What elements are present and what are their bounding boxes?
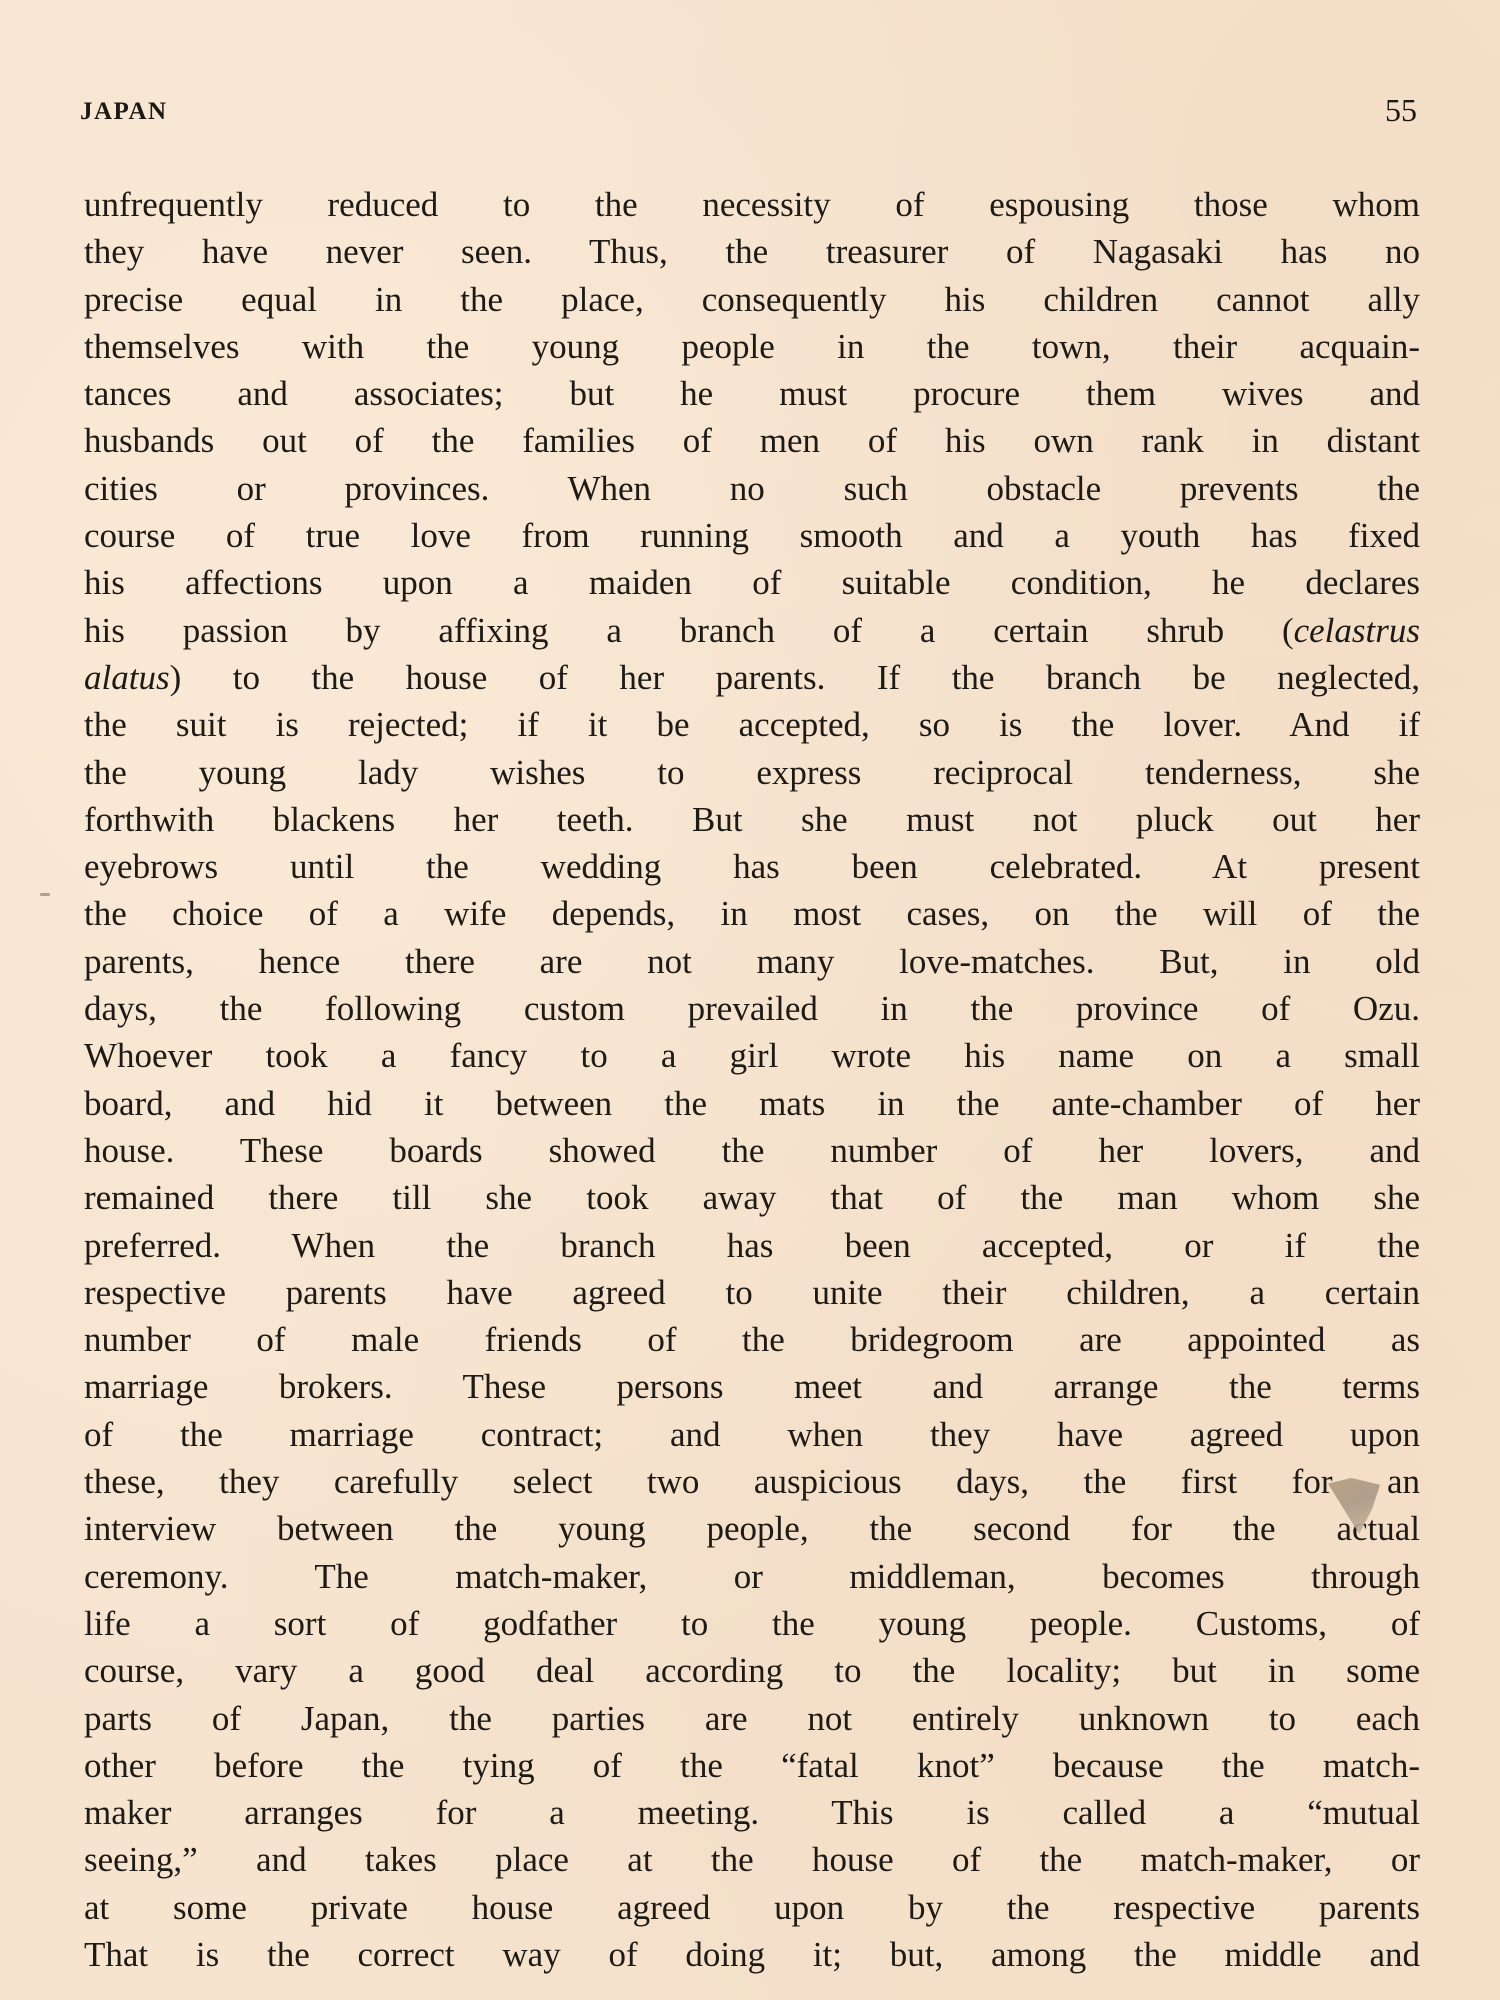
text-line: course of true love from running smooth … [84, 512, 1420, 559]
text-line: preferred. When the branch has been acce… [84, 1222, 1420, 1269]
text-line: parts of Japan, the parties are not enti… [84, 1695, 1420, 1742]
text-line-with-italic: alatus) to the house of her parents. If … [84, 654, 1420, 701]
text-line: respective parents have agreed to unite … [84, 1269, 1420, 1316]
text-line: eyebrows until the wedding has been cele… [84, 843, 1420, 890]
text-line-with-italic: his passion by affixing a branch of a ce… [84, 607, 1420, 654]
text-line: course, vary a good deal according to th… [84, 1647, 1420, 1694]
chapter-title: JAPAN [80, 98, 168, 126]
text-line: forthwith blackens her teeth. But she mu… [84, 796, 1420, 843]
text-line: husbands out of the families of men of h… [84, 417, 1420, 464]
text-line: number of male friends of the bridegroom… [84, 1316, 1420, 1363]
text-line: unfrequently reduced to the necessity of… [84, 181, 1420, 228]
text-line: That is the correct way of doing it; but… [84, 1931, 1420, 1978]
running-header: JAPAN 55 [80, 96, 1420, 130]
text-line: life a sort of godfather to the young pe… [84, 1600, 1420, 1647]
margin-blemish [40, 893, 50, 896]
text-line: the young lady wishes to express recipro… [84, 749, 1420, 796]
text-line: these, they carefully select two auspici… [84, 1458, 1420, 1505]
text-line: maker arranges for a meeting. This is ca… [84, 1789, 1420, 1836]
text-line: house. These boards showed the number of… [84, 1127, 1420, 1174]
text-line: seeing,” and takes place at the house of… [84, 1836, 1420, 1883]
text-line: days, the following custom prevailed in … [84, 985, 1420, 1032]
text-line: the suit is rejected; if it be accepted,… [84, 701, 1420, 748]
text-line: they have never seen. Thus, the treasure… [84, 228, 1420, 275]
page-number: 55 [1385, 92, 1417, 129]
text-line: parents, hence there are not many love-m… [84, 938, 1420, 985]
book-page: JAPAN 55 unfrequently reduced to the nec… [0, 0, 1500, 2000]
text-fragment: ) to the house of her parents. If the br… [170, 658, 1420, 697]
text-line: precise equal in the place, consequently… [84, 276, 1420, 323]
body-text: unfrequently reduced to the necessity of… [84, 181, 1420, 1978]
italic-term: alatus [84, 658, 170, 697]
text-line: cities or provinces. When no such obstac… [84, 465, 1420, 512]
italic-term: celastrus [1294, 611, 1420, 650]
text-line: tances and associates; but he must procu… [84, 370, 1420, 417]
text-line: his affections upon a maiden of suitable… [84, 559, 1420, 606]
text-line: ceremony. The match-maker, or middleman,… [84, 1553, 1420, 1600]
text-line: marriage brokers. These persons meet and… [84, 1363, 1420, 1410]
text-line: Whoever took a fancy to a girl wrote his… [84, 1032, 1420, 1079]
text-line: themselves with the young people in the … [84, 323, 1420, 370]
text-line: board, and hid it between the mats in th… [84, 1080, 1420, 1127]
text-line: of the marriage contract; and when they … [84, 1411, 1420, 1458]
text-line: the choice of a wife depends, in most ca… [84, 890, 1420, 937]
text-line: remained there till she took away that o… [84, 1174, 1420, 1221]
text-line: at some private house agreed upon by the… [84, 1884, 1420, 1931]
text-line: interview between the young people, the … [84, 1505, 1420, 1552]
text-fragment: his passion by affixing a branch of a ce… [84, 611, 1294, 650]
text-line: other before the tying of the “fatal kno… [84, 1742, 1420, 1789]
